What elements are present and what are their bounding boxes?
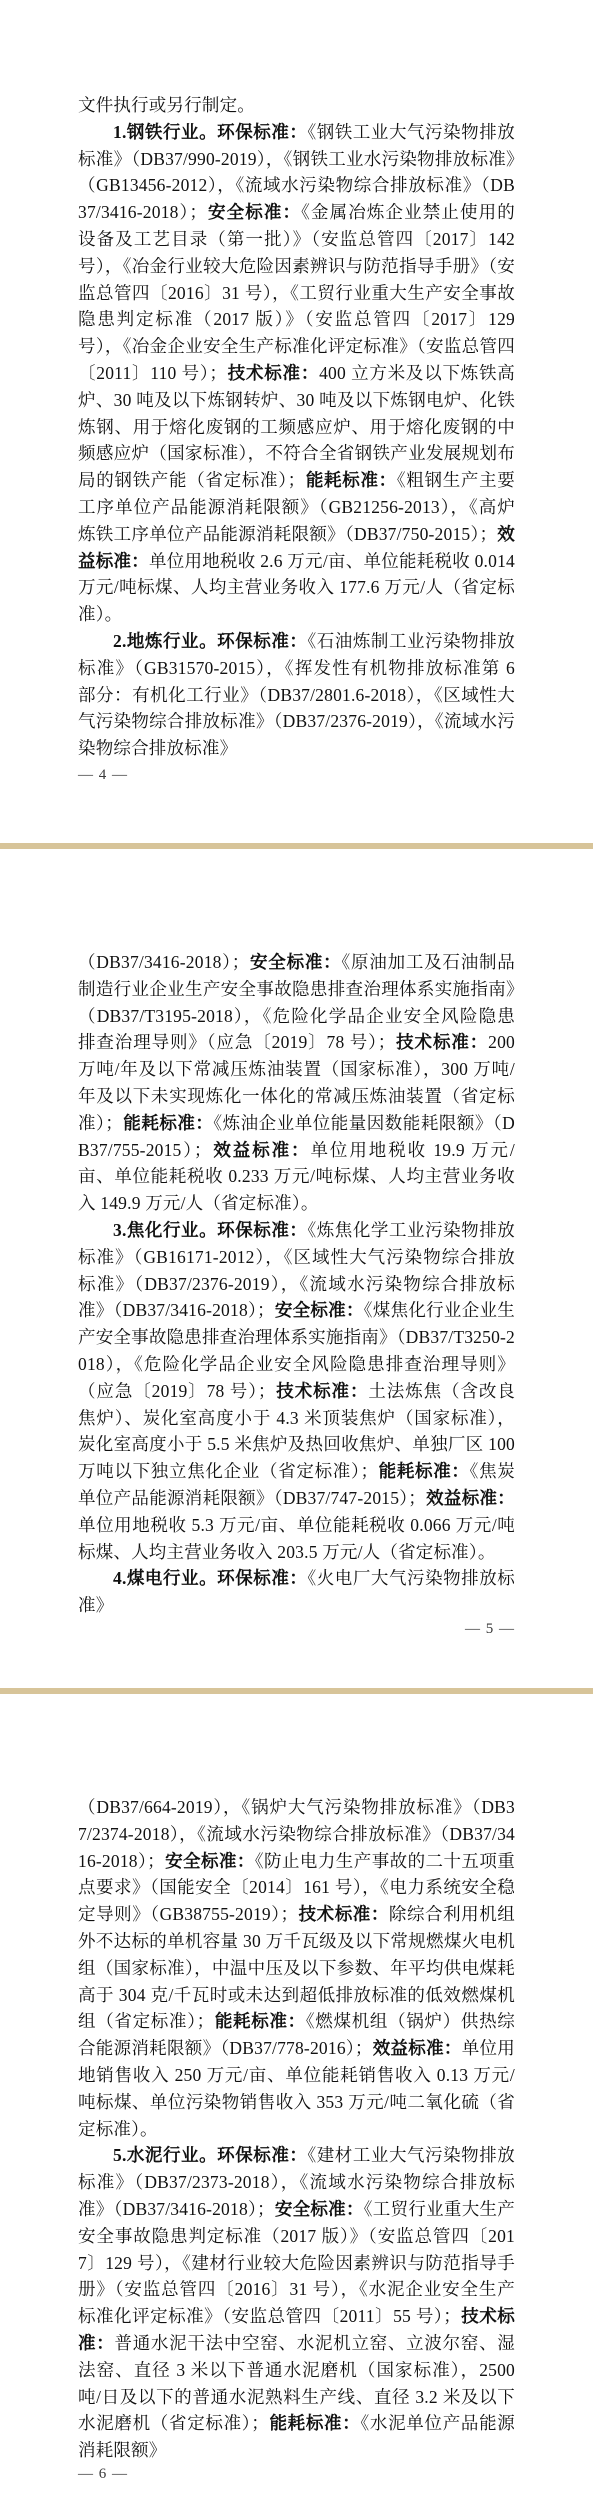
standard-label: 能耗标准： bbox=[269, 2413, 361, 2433]
page-body: （DB37/3416-2018）；安全标准：《原油加工及石油制品制造行业企业生产… bbox=[78, 949, 515, 1619]
paragraph: 文件执行或另行制定。 bbox=[78, 92, 515, 119]
paragraph: 5.水泥行业。环保标准：《建材工业大气污染物排放标准》（DB37/2373-20… bbox=[78, 2142, 515, 2464]
paragraph: 2.地炼行业。环保标准：《石油炼制工业污染物排放标准》（GB31570-2015… bbox=[78, 628, 515, 762]
document-page: 文件执行或另行制定。1.钢铁行业。环保标准：《钢铁工业大气污染物排放标准》（DB… bbox=[0, 0, 593, 843]
standard-label: 2.地炼行业。环保标准： bbox=[113, 631, 307, 651]
paragraph-text: 单位用地税收 5.3 万元/亩、单位能耗税收 0.066 万元/吨标煤、人均主营… bbox=[78, 1515, 515, 1562]
document-container: 文件执行或另行制定。1.钢铁行业。环保标准：《钢铁工业大气污染物排放标准》（DB… bbox=[0, 0, 593, 2520]
standard-label: 安全标准： bbox=[275, 2199, 364, 2219]
paragraph-text: （DB37/3416-2018）； bbox=[78, 952, 249, 972]
standard-label: 技术标准： bbox=[276, 1381, 369, 1401]
standard-label: 能耗标准： bbox=[305, 470, 397, 490]
standard-label: 5.水泥行业。环保标准： bbox=[113, 2145, 307, 2165]
standard-label: 3.焦化行业。环保标准： bbox=[113, 1220, 307, 1240]
standard-label: 技术标准： bbox=[227, 363, 319, 383]
paragraph: 4.煤电行业。环保标准：《火电厂大气污染物排放标准》 bbox=[78, 1565, 515, 1619]
standard-label: 效益标准： bbox=[373, 2038, 462, 2058]
paragraph-text: 文件执行或另行制定。 bbox=[78, 95, 255, 115]
standard-label: 技术标准： bbox=[395, 1032, 488, 1052]
paragraph-text: 《金属冶炼企业禁止使用的设备及工艺目录（第一批）》（安监总管四〔2017〕142… bbox=[78, 202, 515, 383]
standard-label: 能耗标准： bbox=[123, 1113, 213, 1133]
page-number: — 4 — bbox=[78, 765, 515, 785]
standard-label: 安全标准： bbox=[207, 202, 301, 222]
standard-label: 技术标准： bbox=[298, 1904, 389, 1924]
standard-label: 效益标准： bbox=[212, 1140, 311, 1160]
standard-label: 安全标准： bbox=[249, 952, 341, 972]
standard-label: 4.煤电行业。环保标准： bbox=[113, 1568, 307, 1588]
paragraph: （DB37/3416-2018）；安全标准：《原油加工及石油制品制造行业企业生产… bbox=[78, 949, 515, 1217]
paragraph: 1.钢铁行业。环保标准：《钢铁工业大气污染物排放标准》（DB37/990-201… bbox=[78, 119, 515, 628]
page-body: 文件执行或另行制定。1.钢铁行业。环保标准：《钢铁工业大气污染物排放标准》（DB… bbox=[78, 92, 515, 762]
document-page: （DB37/664-2019），《锅炉大气污染物排放标准》（DB37/2374-… bbox=[0, 1694, 593, 2520]
page-body: （DB37/664-2019），《锅炉大气污染物排放标准》（DB37/2374-… bbox=[78, 1794, 515, 2464]
paragraph: （DB37/664-2019），《锅炉大气污染物排放标准》（DB37/2374-… bbox=[78, 1794, 515, 2142]
page-number: — 5 — bbox=[78, 1619, 515, 1639]
standard-label: 安全标准： bbox=[165, 1851, 255, 1871]
page-number: — 6 — bbox=[78, 2464, 515, 2484]
standard-label: 安全标准： bbox=[275, 1300, 364, 1320]
standard-label: 能耗标准： bbox=[378, 1461, 470, 1481]
paragraph: 3.焦化行业。环保标准：《炼焦化学工业污染物排放标准》（GB16171-2012… bbox=[78, 1217, 515, 1565]
document-page: （DB37/3416-2018）；安全标准：《原油加工及石油制品制造行业企业生产… bbox=[0, 849, 593, 1688]
standard-label: 效益标准： bbox=[426, 1488, 515, 1508]
standard-label: 1.钢铁行业。环保标准： bbox=[113, 122, 307, 142]
standard-label: 能耗标准： bbox=[214, 2011, 306, 2031]
